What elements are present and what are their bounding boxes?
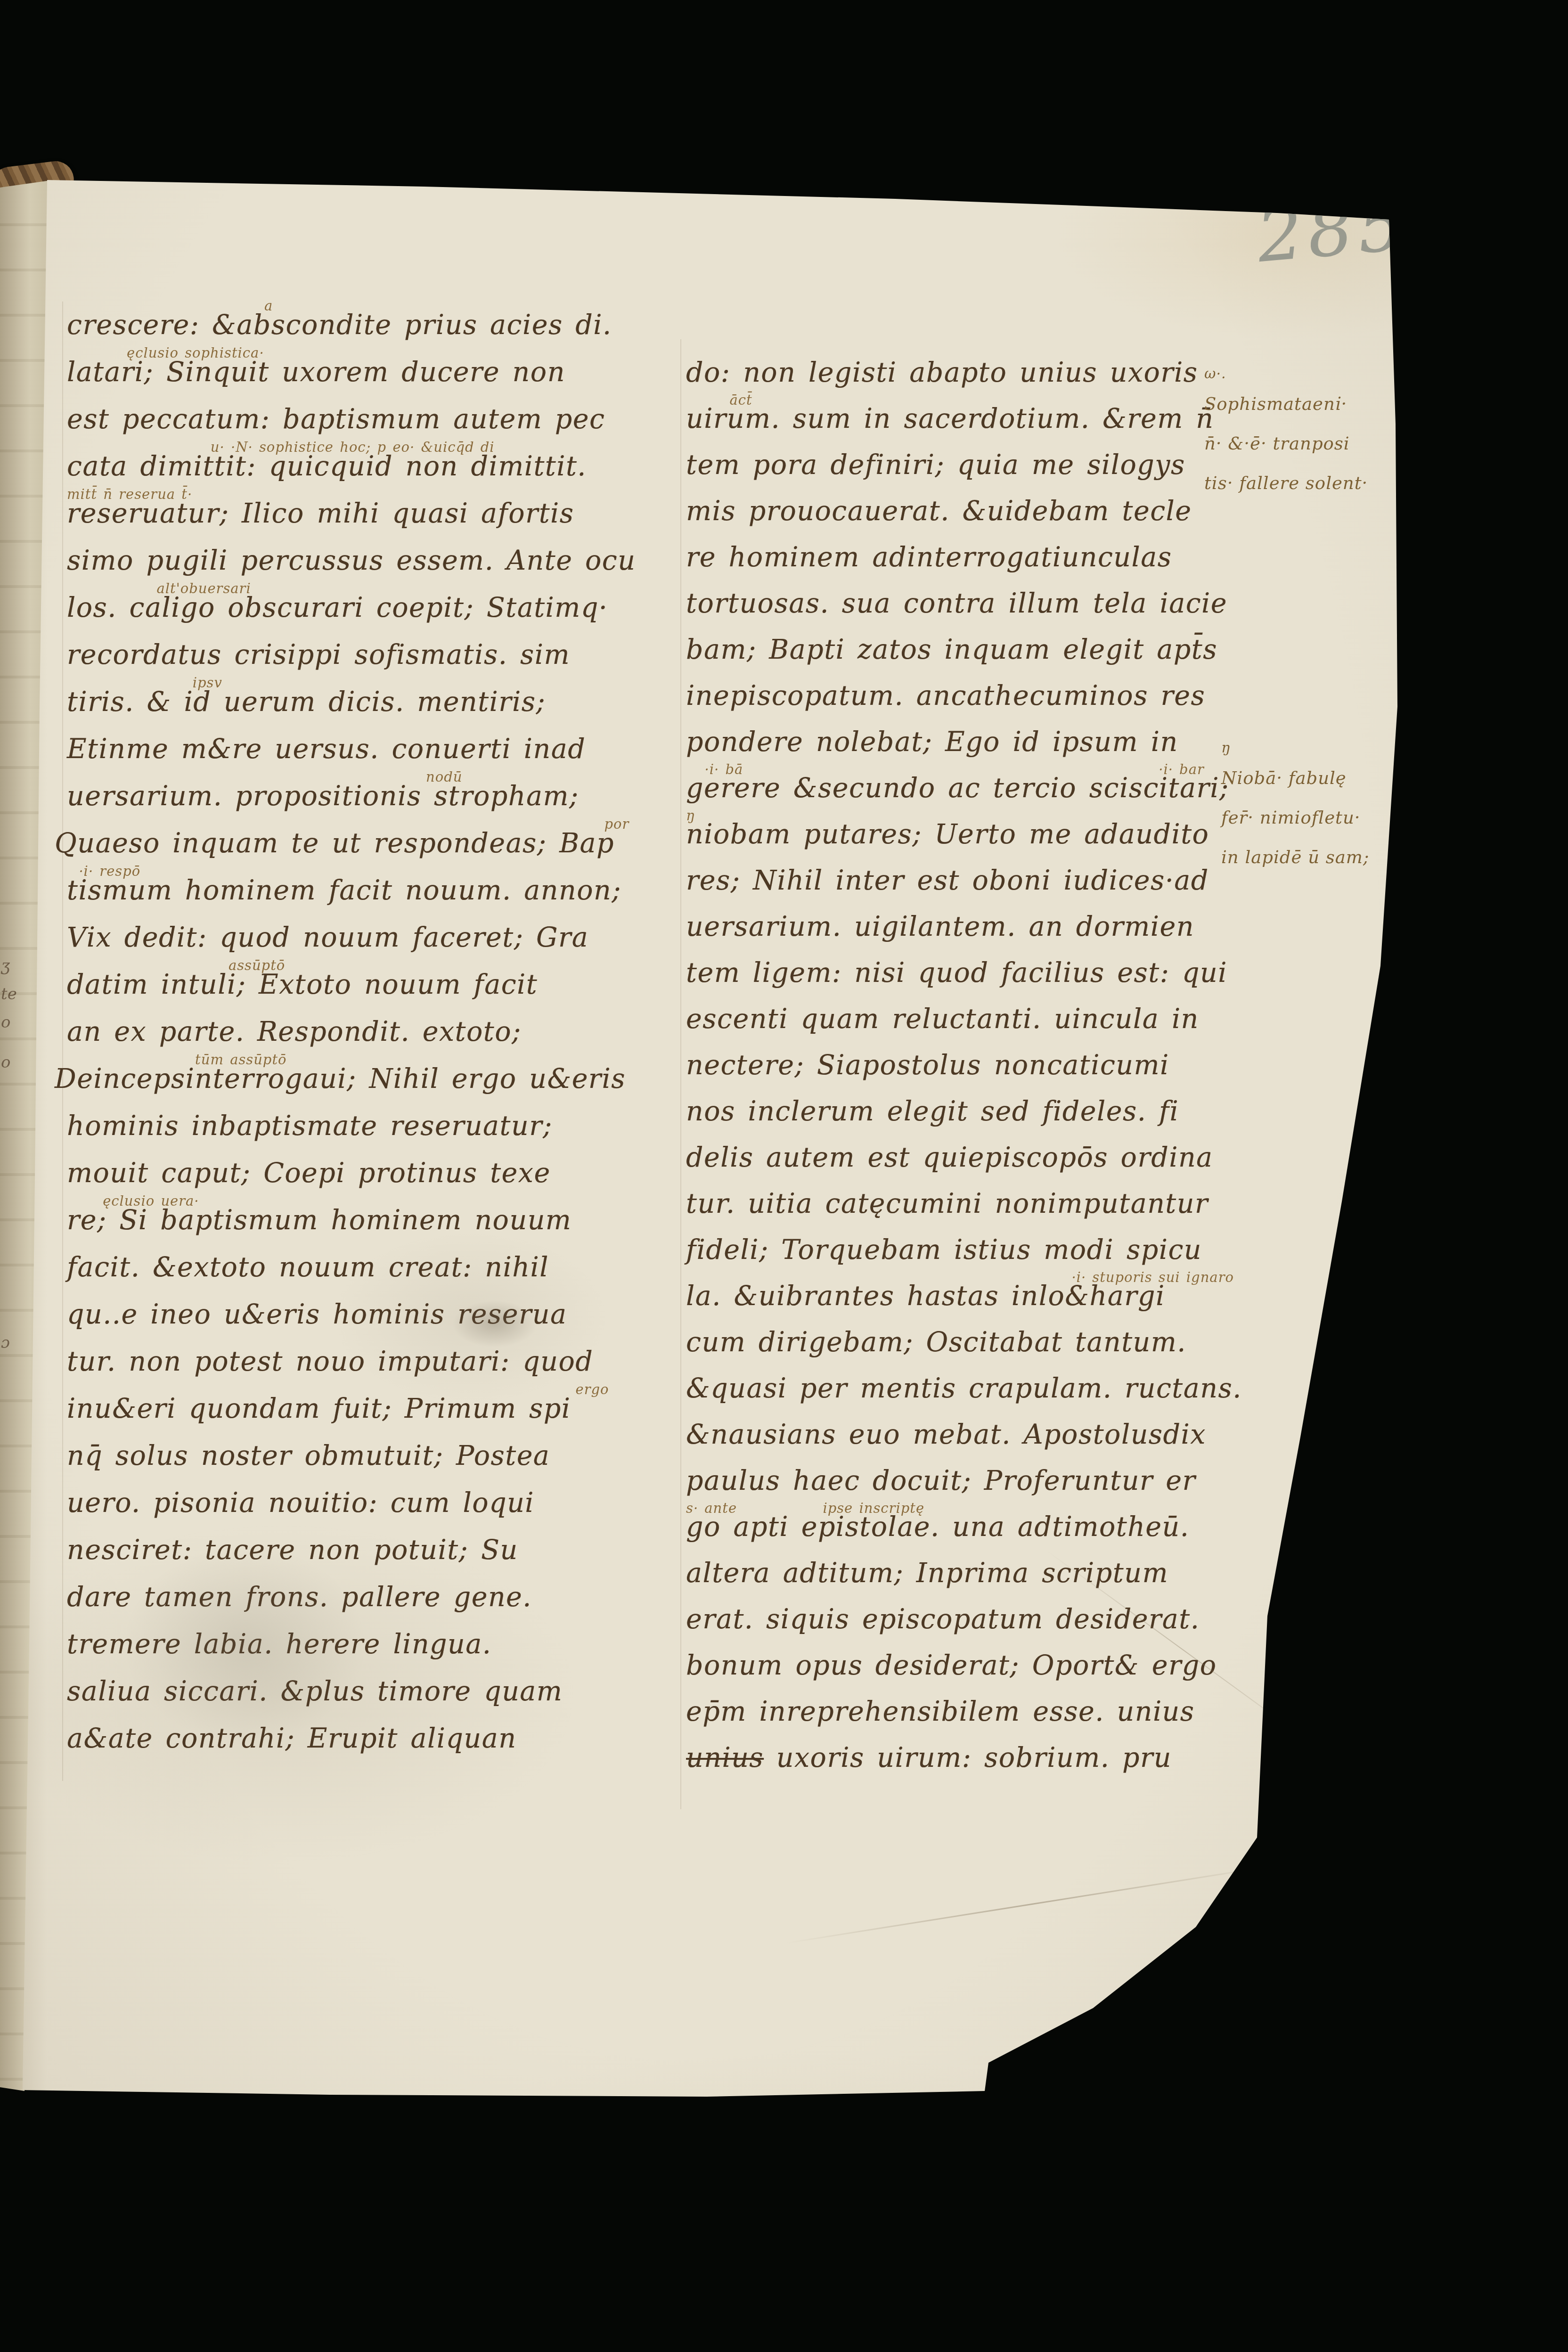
manuscript-line: nos inclerum elegit sed fideles. fi: [686, 1088, 1308, 1135]
line-text: go apti epistolae. una adtimotheū.: [686, 1511, 1189, 1543]
line-text: nos inclerum elegit sed fideles. fi: [686, 1096, 1179, 1127]
line-text: &quasi per mentis crapulam. ructans.: [686, 1373, 1242, 1404]
manuscript-line: &quasi per mentis crapulam. ructans.: [686, 1365, 1308, 1412]
interlinear-gloss: ·i· respō: [79, 864, 140, 878]
manuscript-line: delis autem est quiepiscopōs ordina: [686, 1135, 1308, 1181]
ruling-line: [62, 302, 63, 1781]
manuscript-line: simo pugili percussus essem. Ante ocu: [67, 537, 665, 584]
line-text: tortuosas. sua contra illum tela iacie: [686, 588, 1227, 619]
line-text: re; Si baptismum hominem nouum: [67, 1205, 572, 1236]
interlinear-gloss: s· ante: [686, 1501, 737, 1515]
line-text: mis prouocauerat. &uidebam tecle: [686, 496, 1192, 527]
manuscript-line: dare tamen frons. pallere gene.: [67, 1574, 665, 1621]
margin-note-line: Sophismataeni̇·: [1204, 384, 1368, 424]
line-text: do: non legisti abapto unius uxoris: [686, 357, 1198, 388]
line-text: saliua siccari. &plus timore quam: [67, 1676, 563, 1707]
line-text: facit. &extoto nouum creat: nihil: [67, 1252, 549, 1283]
manuscript-line: recordatus crisippi sofismatis. sim: [67, 631, 665, 678]
interlinear-gloss: ęclusio sophistica·: [127, 346, 264, 360]
line-text: tem ligem: nisi quod facilius est: qui: [686, 957, 1227, 988]
line-text: datim intuli; Extoto nouum facit: [67, 969, 538, 1000]
margin-note-line: ŋ: [1221, 738, 1369, 759]
manuscript-line: a&ate contrahi; Erupit aliquan: [67, 1715, 665, 1762]
line-text: Etinme m&re uersus. conuerti inad: [67, 734, 586, 765]
line-text: delis autem est quiepiscopōs ordina: [686, 1142, 1213, 1173]
manuscript-line: fideli; Torquebam istius modi spicu: [686, 1227, 1308, 1273]
line-text: los. caligo obscurari coepit; Statimq·: [67, 592, 608, 623]
manuscript-line: crescere: &abscondite prius acies di.a: [67, 302, 665, 349]
manuscript-line: Deincepsinterrogaui; Nihil ergo u&eristu…: [55, 1055, 665, 1102]
manuscript-line: re; Si baptismum hominem nouumęclusio ue…: [67, 1197, 665, 1244]
margin-note-line: Niobā· fabulę: [1221, 759, 1369, 798]
edge-letter-fragment: ʒ: [1, 956, 10, 975]
manuscript-line: ep̄m inreprehensibilem esse. unius: [686, 1689, 1308, 1735]
manuscript-line: la. &uibrantes hastas inlo&hargi·i· stup…: [686, 1273, 1308, 1319]
line-text: hominis inbaptismate reseruatur;: [67, 1111, 553, 1142]
manuscript-line: altera adtitum; Inprima scriptum: [686, 1550, 1308, 1596]
manuscript-line: saliua siccari. &plus timore quam: [67, 1668, 665, 1715]
manuscript-line: inu&eri quondam fuit; Primum spiergo: [67, 1385, 665, 1432]
line-text: Deincepsinterrogaui; Nihil ergo u&eris: [55, 1063, 626, 1094]
line-text: mouit caput; Coepi protinus texe: [67, 1158, 551, 1189]
margin-note-2: ŋNiobā· fabulęfer̄· nimiofletu·in lapid…: [1221, 738, 1369, 877]
manuscript-photo: ʒteooɔ 285. crescere: &abscondite prius …: [0, 0, 1568, 2352]
interlinear-gloss: ·i· bā: [705, 762, 743, 776]
manuscript-line: facit. &extoto nouum creat: nihil: [67, 1244, 665, 1291]
line-text: tremere labia. herere lingua.: [67, 1629, 491, 1660]
interlinear-gloss: ·i· bar: [1159, 762, 1204, 776]
text-column-left: crescere: &abscondite prius acies di.ala…: [67, 302, 665, 1762]
line-text: Vix dedit: quod nouum faceret; Gra: [67, 922, 588, 953]
line-text: nesciret: tacere non potuit; Su: [67, 1535, 518, 1566]
interlinear-gloss: āct̄: [729, 393, 752, 407]
manuscript-line: hominis inbaptismate reseruatur;: [67, 1102, 665, 1150]
line-text: est peccatum: baptismum autem pec: [67, 404, 605, 435]
line-text: uero. pisonia nouitio: cum loqui: [67, 1487, 534, 1519]
line-text: cum dirigebam; Oscitabat tantum.: [686, 1327, 1186, 1358]
line-text: cata dimittit: quicquid non dimittit.: [67, 451, 587, 482]
line-text: simo pugili percussus essem. Ante ocu: [67, 545, 636, 576]
manuscript-line: tremere labia. herere lingua.: [67, 1621, 665, 1668]
interlinear-gloss: ipse inscriptę: [823, 1501, 924, 1515]
parchment-crease: [785, 1864, 1278, 1944]
line-text: uxoris uirum: sobrium. pru: [764, 1742, 1172, 1773]
interlinear-gloss: a: [264, 299, 273, 313]
line-text: nq̄ solus noster obmutuit; Postea: [67, 1440, 550, 1471]
struck-word: unius: [686, 1742, 764, 1773]
interlinear-gloss: por: [604, 817, 629, 831]
manuscript-line: datim intuli; Extoto nouum facitassūpto…: [67, 961, 665, 1008]
margin-note-line: in lapidē ū sam;: [1221, 838, 1369, 877]
line-text: dare tamen frons. pallere gene.: [67, 1582, 532, 1613]
line-text: &nausians euo mebat. Apostolusdix: [686, 1419, 1206, 1450]
manuscript-line: cata dimittit: quicquid non dimittit.u· …: [67, 443, 665, 490]
edge-letter-fragment: te: [1, 985, 17, 1004]
line-text: tem pora definiri; quia me silogys: [686, 449, 1185, 481]
manuscript-line: est peccatum: baptismum autem pec: [67, 396, 665, 443]
manuscript-line: paulus haec docuit; Proferuntur er: [686, 1458, 1308, 1504]
manuscript-line: reseruatur; Ilico mihi quasi afortismitt…: [67, 490, 665, 537]
line-text: gerere &secundo ac tercio sciscitari;: [686, 773, 1229, 804]
manuscript-line: Vix dedit: quod nouum faceret; Gra: [67, 914, 665, 961]
line-text: paulus haec docuit; Proferuntur er: [686, 1465, 1196, 1496]
manuscript-line: nectere; Siapostolus noncaticumi: [686, 1042, 1308, 1088]
manuscript-line: tur. non potest nouo imputari: quod: [67, 1338, 665, 1385]
manuscript-line: &nausians euo mebat. Apostolusdix: [686, 1412, 1308, 1458]
manuscript-line: los. caligo obscurari coepit; Statimq·al…: [67, 584, 665, 631]
margin-note-line: n̄· &·ē· tranposi: [1204, 424, 1368, 464]
line-text: nectere; Siapostolus noncaticumi: [686, 1050, 1169, 1081]
interlinear-gloss: ergo: [576, 1382, 609, 1396]
line-text: uirum. sum in sacerdotium. &rem n̄: [686, 403, 1214, 434]
interlinear-gloss: ŋ: [686, 808, 695, 823]
manuscript-line: tismum hominem facit nouum. annon;·i· re…: [67, 867, 665, 914]
edge-letter-fragment: ɔ: [1, 1333, 10, 1352]
manuscript-line: go apti epistolae. una adtimotheū.s· an…: [686, 1504, 1308, 1550]
line-text: uersarium. propositionis stropham;: [67, 781, 579, 812]
ruling-line: [680, 339, 681, 1809]
manuscript-line: tiris. & id uerum dicis. mentiris;ipsv: [67, 678, 665, 726]
manuscript-line: cum dirigebam; Oscitabat tantum.: [686, 1319, 1308, 1365]
manuscript-line: uero. pisonia nouitio: cum loqui: [67, 1479, 665, 1527]
manuscript-line: tem ligem: nisi quod facilius est: qui: [686, 950, 1308, 996]
margin-note-line: ω·.: [1204, 364, 1368, 384]
manuscript-line: an ex parte. Respondit. extoto;: [67, 1008, 665, 1055]
line-text: latari; Sinquit uxorem ducere non: [67, 357, 565, 388]
manuscript-line: Quaeso inquam te ut respondeas; Bappor: [55, 820, 665, 867]
line-text: altera adtitum; Inprima scriptum: [686, 1558, 1168, 1589]
line-text: tur. uitia catęcumini nonimputantur: [686, 1188, 1209, 1219]
edge-letter-fragment: o: [1, 1013, 10, 1032]
manuscript-line: inepiscopatum. ancathecuminos res: [686, 673, 1308, 719]
interlinear-gloss: mitt̄ n̄ reserua t̄·: [67, 487, 192, 501]
interlinear-gloss: tūm assūptō: [195, 1053, 286, 1067]
manuscript-line: unius uxoris uirum: sobrium. pru: [686, 1735, 1308, 1781]
manuscript-line: nq̄ solus noster obmutuit; Postea: [67, 1432, 665, 1479]
manuscript-line: qu..e ineo u&eris hominis reserua: [67, 1291, 665, 1338]
manuscript-line: erat. siquis episcopatum desiderat.: [686, 1596, 1308, 1642]
edge-letter-fragment: o: [1, 1053, 10, 1072]
margin-note-line: tis· fallere solent·: [1204, 464, 1368, 503]
manuscript-line: Etinme m&re uersus. conuerti inad: [67, 726, 665, 773]
line-text: inu&eri quondam fuit; Primum spi: [67, 1393, 571, 1424]
manuscript-line: re hominem adinterrogatiunculas: [686, 534, 1308, 580]
line-text: inepiscopatum. ancathecuminos res: [686, 680, 1205, 711]
line-text: bonum opus desiderat; Oport& ergo: [686, 1650, 1217, 1681]
line-text: an ex parte. Respondit. extoto;: [67, 1016, 522, 1047]
line-text: qu..e ineo u&eris hominis reserua: [67, 1299, 567, 1330]
line-text: reseruatur; Ilico mihi quasi afortis: [67, 498, 574, 529]
manuscript-line: uersarium. propositionis stropham;nodū: [67, 773, 665, 820]
interlinear-gloss: ·i· stuporis sui ignaro: [1071, 1270, 1234, 1284]
manuscript-line: bam; Bapti zatos inquam elegit apt̄s: [686, 627, 1308, 673]
line-text: ep̄m inreprehensibilem esse. unius: [686, 1696, 1195, 1727]
line-text: erat. siquis episcopatum desiderat.: [686, 1604, 1200, 1635]
interlinear-gloss: ipsv: [193, 676, 222, 690]
interlinear-gloss: assūptō: [229, 958, 285, 972]
manuscript-line: pondere nolebat; Ego id ipsum in: [686, 719, 1308, 765]
line-text: escenti quam reluctanti. uincula in: [686, 1004, 1199, 1035]
interlinear-gloss: ęclusio uera·: [103, 1194, 199, 1208]
interlinear-gloss: u· ·N· sophistice hoc; p eo· &uicq̄d di: [211, 440, 495, 454]
parchment-leaf: 285. crescere: &abscondite prius acies d…: [0, 0, 1568, 2352]
margin-note-1: ω·.Sophismataeni̇·n̄· &·ē· tranpositis·…: [1204, 364, 1368, 503]
manuscript-line: nesciret: tacere non potuit; Su: [67, 1527, 665, 1574]
interlinear-gloss: nodū: [426, 770, 462, 784]
manuscript-line: res; Nihil inter est oboni iudices·ad: [686, 857, 1308, 904]
manuscript-line: mouit caput; Coepi protinus texe: [67, 1150, 665, 1197]
line-text: recordatus crisippi sofismatis. sim: [67, 639, 570, 670]
line-text: niobam putares; Uerto me adaudito: [686, 819, 1209, 850]
line-text: tismum hominem facit nouum. annon;: [67, 875, 621, 906]
manuscript-line: escenti quam reluctanti. uincula in: [686, 996, 1308, 1042]
line-text: pondere nolebat; Ego id ipsum in: [686, 727, 1178, 758]
manuscript-line: tortuosas. sua contra illum tela iacie: [686, 580, 1308, 627]
interlinear-gloss: alt'obuersari: [157, 581, 251, 596]
line-text: fideli; Torquebam istius modi spicu: [686, 1234, 1202, 1266]
line-text: res; Nihil inter est oboni iudices·ad: [686, 865, 1209, 896]
line-text: bam; Bapti zatos inquam elegit apt̄s: [686, 634, 1217, 665]
line-text: a&ate contrahi; Erupit aliquan: [67, 1723, 516, 1754]
manuscript-line: tur. uitia catęcumini nonimputantur: [686, 1181, 1308, 1227]
line-text: tur. non potest nouo imputari: quod: [67, 1346, 593, 1377]
text-column-right: do: non legisti abapto unius uxorisuirum…: [686, 350, 1308, 1781]
line-text: Quaeso inquam te ut respondeas; Bap: [55, 828, 614, 859]
line-text: re hominem adinterrogatiunculas: [686, 542, 1172, 573]
line-text: tiris. & id uerum dicis. mentiris;: [67, 686, 546, 718]
folio-number: 285.: [1254, 180, 1438, 278]
manuscript-line: latari; Sinquit uxorem ducere nonęclusio…: [67, 349, 665, 396]
line-text: uersarium. uigilantem. an dormien: [686, 911, 1194, 942]
margin-note-line: fer̄· nimiofletu·: [1221, 798, 1369, 838]
line-text: crescere: &abscondite prius acies di.: [67, 310, 612, 341]
manuscript-line: gerere &secundo ac tercio sciscitari;·i·…: [686, 765, 1308, 811]
manuscript-line: bonum opus desiderat; Oport& ergo: [686, 1642, 1308, 1689]
manuscript-line: uersarium. uigilantem. an dormien: [686, 904, 1308, 950]
manuscript-line: niobam putares; Uerto me adauditoŋ: [686, 811, 1308, 857]
